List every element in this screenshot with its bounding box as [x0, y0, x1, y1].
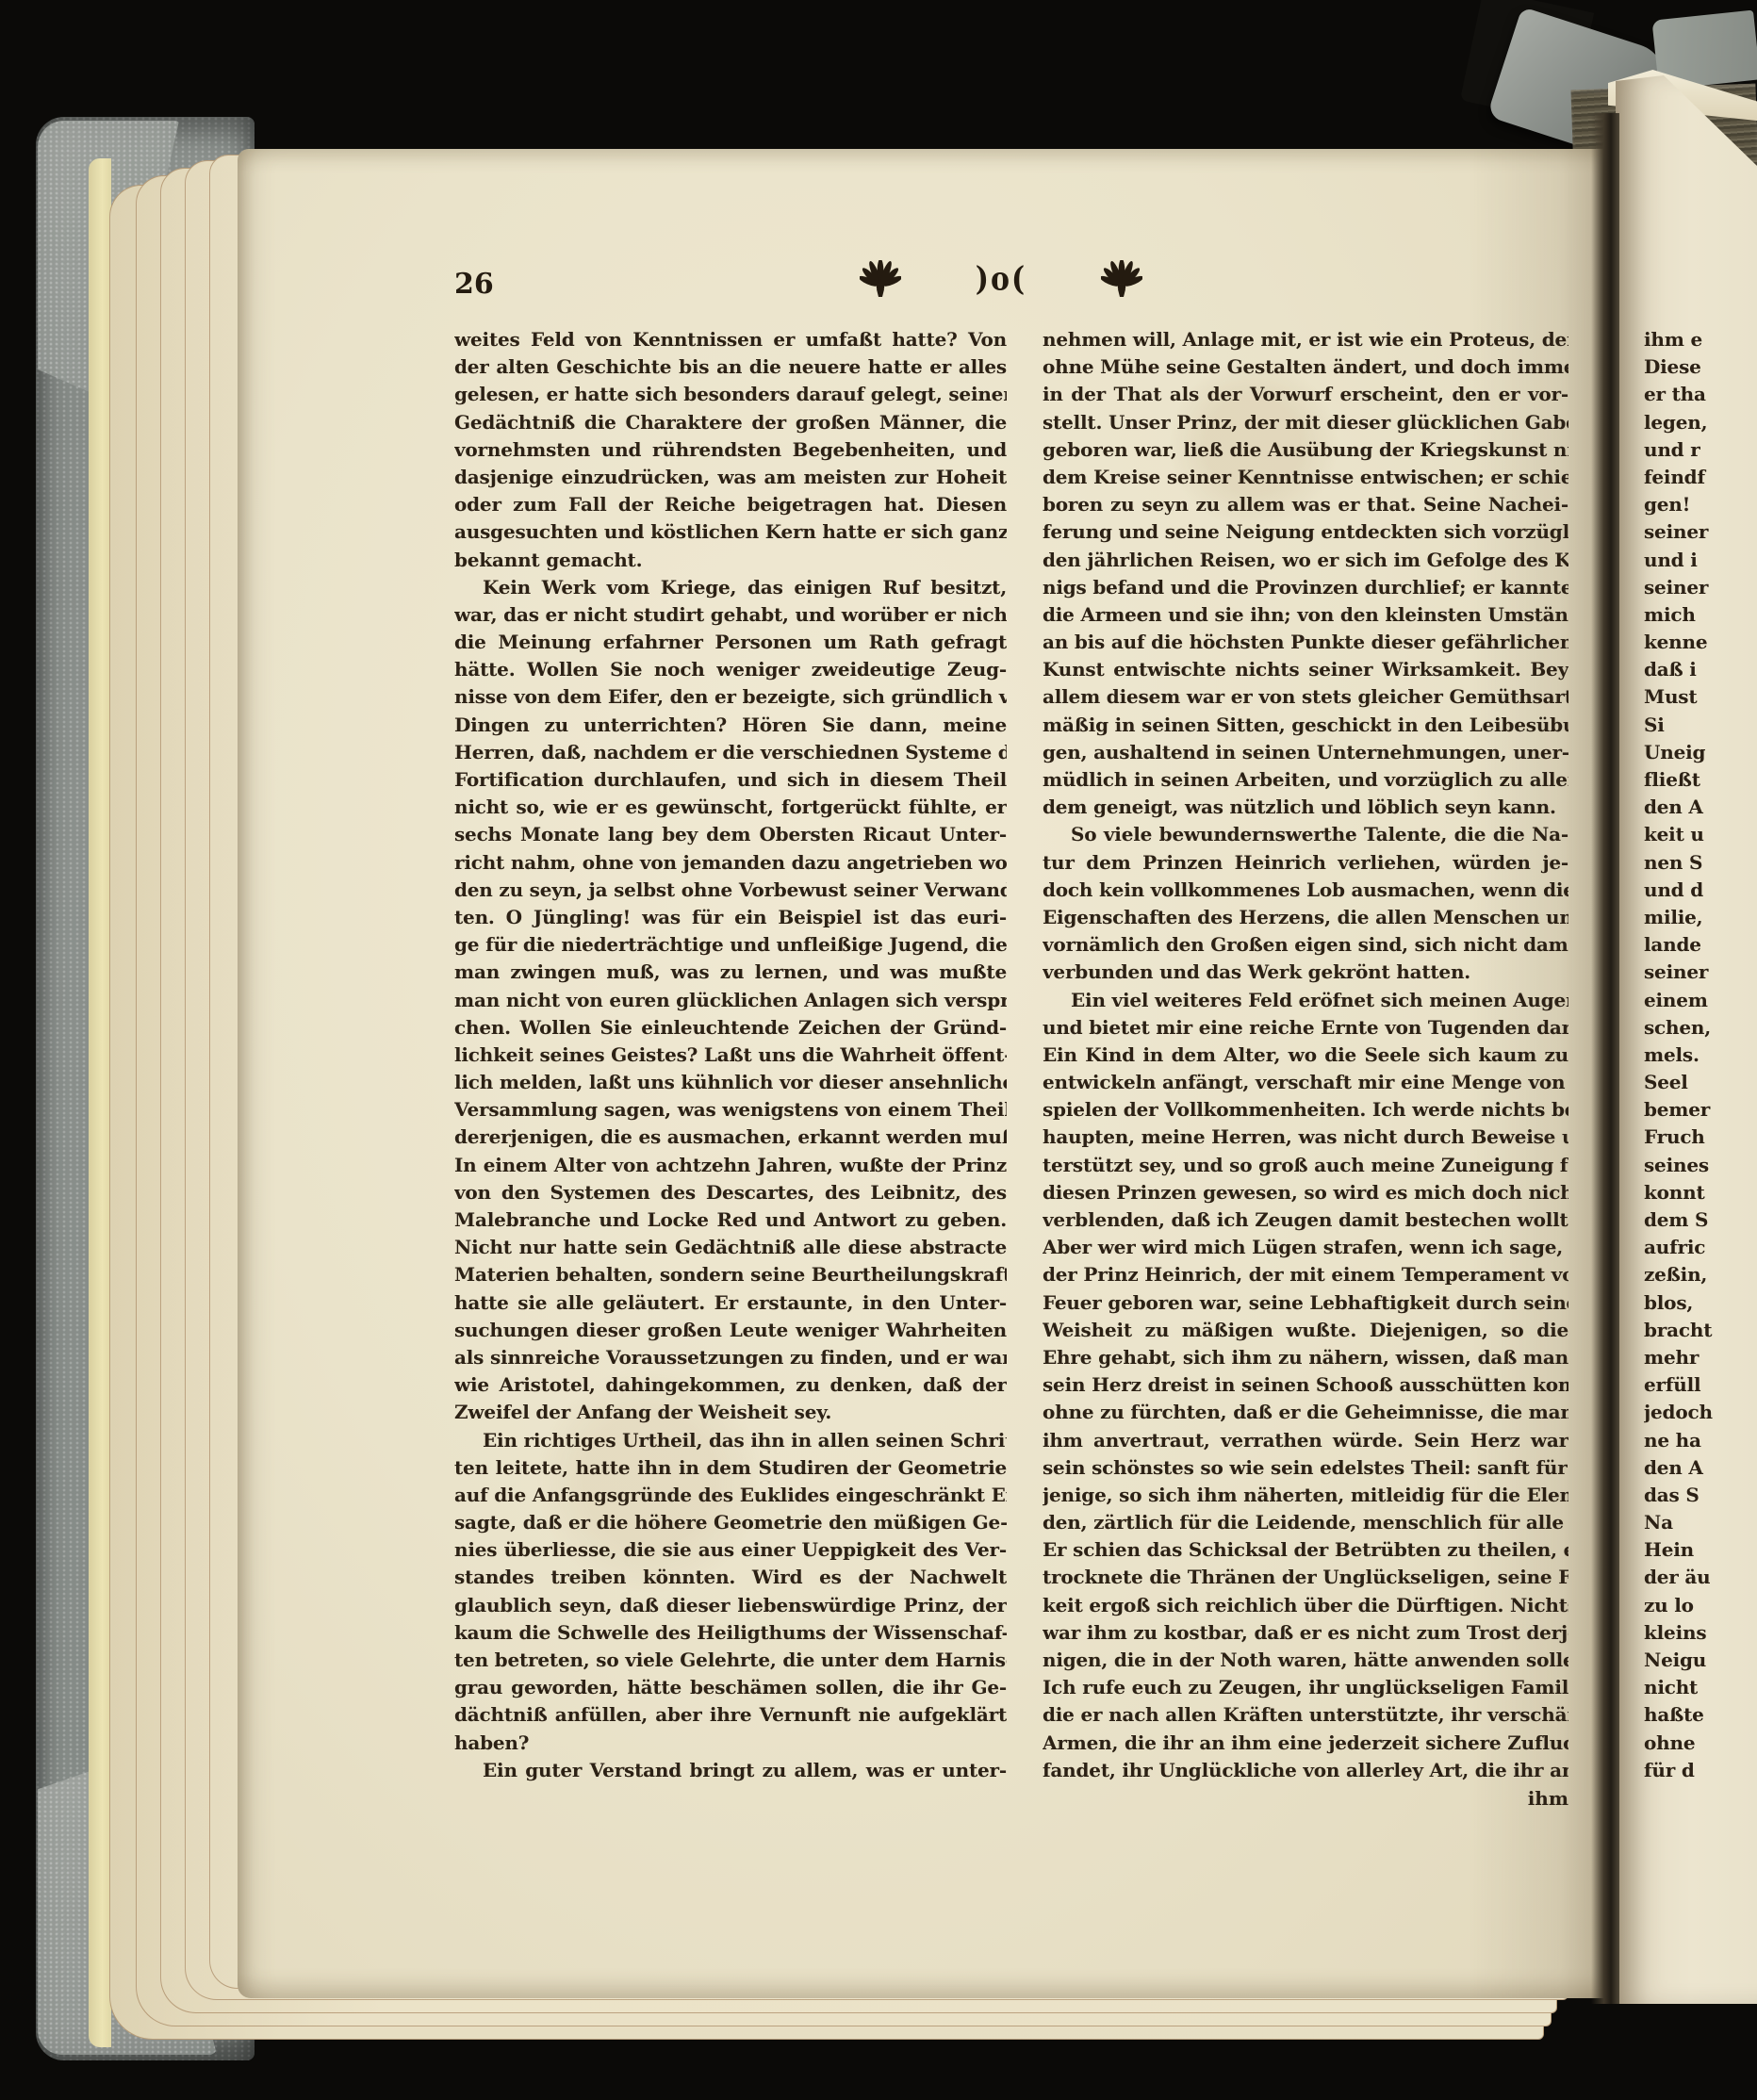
next-page-text-fragment: ihm eDieseer thalegen,und rfeindfgen!sei…: [1644, 326, 1748, 1784]
text-line: Eigenschaften des Herzens, die allen Men…: [1043, 904, 1568, 931]
text-line: nies überliesse, die sie aus einer Ueppi…: [454, 1536, 1007, 1564]
text-line: haupten, meine Herren, was nicht durch B…: [1043, 1124, 1568, 1151]
text-line: hätte. Wollen Sie noch weniger zweideuti…: [454, 656, 1007, 683]
text-line-fragment: er tha: [1644, 381, 1748, 408]
text-line: dem Kreise seiner Kenntnisse entwischen;…: [1043, 464, 1568, 491]
text-line: weites Feld von Kenntnissen er umfaßt ha…: [454, 326, 1007, 353]
text-line: Kunst entwischte nichts seiner Wirksamke…: [1043, 656, 1568, 683]
text-line: tur dem Prinzen Heinrich verliehen, würd…: [1043, 849, 1568, 877]
text-line: oder zum Fall der Reiche beigetragen hat…: [454, 491, 1007, 518]
text-line-fragment: Seel: [1644, 1069, 1748, 1096]
text-line: richt nahm, ohne von jemanden dazu anget…: [454, 849, 1007, 877]
text-line: dasjenige einzudrücken, was am meisten z…: [454, 464, 1007, 491]
text-line: verblenden, daß ich Zeugen damit bestech…: [1043, 1206, 1568, 1234]
text-line: nigs befand und die Provinzen durchlief;…: [1043, 574, 1568, 601]
text-line-fragment: und r: [1644, 436, 1748, 464]
text-line: nigen, die in der Noth waren, hätte anwe…: [1043, 1647, 1568, 1674]
text-line-fragment: kenne: [1644, 629, 1748, 656]
text-line-fragment: für d: [1644, 1757, 1748, 1784]
text-column-right: nehmen will, Anlage mit, er ist wie ein …: [1043, 326, 1568, 1784]
text-line: war, das er nicht studirt gehabt, und wo…: [454, 601, 1007, 629]
text-line-fragment: den A: [1644, 1454, 1748, 1482]
text-line: als sinnreiche Voraussetzungen zu finden…: [454, 1344, 1007, 1371]
text-line: in der That als der Vorwurf erscheint, d…: [1043, 381, 1568, 408]
text-line: der Prinz Heinrich, der mit einem Temper…: [1043, 1261, 1568, 1288]
endpaper-edge: [89, 158, 111, 2047]
text-line: allem diesem war er von stets gleicher G…: [1043, 683, 1568, 711]
text-line: ten. O Jüngling! was für ein Beispiel is…: [454, 904, 1007, 931]
text-line: jenige, so sich ihm näherten, mitleidig …: [1043, 1482, 1568, 1509]
text-line: Materien behalten, sondern seine Beurthe…: [454, 1261, 1007, 1288]
text-line: Dingen zu unterrichten? Hören Sie dann, …: [454, 712, 1007, 739]
text-line: haben?: [454, 1730, 1007, 1757]
text-line-fragment: keit u: [1644, 821, 1748, 848]
text-line-fragment: daß i: [1644, 656, 1748, 683]
text-line: gen, aushaltend in seinen Unternehmungen…: [1043, 739, 1568, 766]
text-line: man zwingen muß, was zu lernen, und was …: [454, 959, 1007, 986]
text-line: Armen, die ihr an ihm eine jederzeit sic…: [1043, 1730, 1568, 1757]
catchword: ihm: [1043, 1787, 1568, 1810]
text-line-fragment: zu lo: [1644, 1592, 1748, 1619]
text-line-fragment: kleins: [1644, 1619, 1748, 1647]
text-line: terstützt sey, und so groß auch meine Zu…: [1043, 1152, 1568, 1179]
text-line: In einem Alter von achtzehn Jahren, wußt…: [454, 1152, 1007, 1179]
gutter-shadow: [1591, 113, 1619, 2004]
text-line-fragment: und i: [1644, 547, 1748, 574]
text-line: spielen der Vollkommenheiten. Ich werde …: [1043, 1096, 1568, 1124]
text-line: Ein Kind in dem Alter, wo die Seele sich…: [1043, 1042, 1568, 1069]
text-line: Kein Werk vom Kriege, das einigen Ruf be…: [454, 574, 1007, 601]
text-line: chen. Wollen Sie einleuchtende Zeichen d…: [454, 1014, 1007, 1042]
text-line: trocknete die Thränen der Unglückseligen…: [1043, 1564, 1568, 1591]
text-line-fragment: mich: [1644, 601, 1748, 629]
text-line-fragment: ohne: [1644, 1730, 1748, 1757]
text-line: keit ergoß sich reichlich über die Dürft…: [1043, 1592, 1568, 1619]
header-ornament-row: )o(: [860, 260, 1142, 298]
text-line-fragment: fließt: [1644, 766, 1748, 794]
book-scan-scene: ihm eDieseer thalegen,und rfeindfgen!sei…: [0, 0, 1757, 2100]
text-line: auf die Anfangsgründe des Euklides einge…: [454, 1482, 1007, 1509]
text-line: vornehmsten und rührendsten Begebenheite…: [454, 436, 1007, 464]
text-line: Ehre gehabt, sich ihm zu nähern, wissen,…: [1043, 1344, 1568, 1371]
text-line: der alten Geschichte bis an die neuere h…: [454, 353, 1007, 381]
page-number: 26: [454, 268, 494, 301]
text-line-fragment: Must: [1644, 683, 1748, 711]
text-line: nehmen will, Anlage mit, er ist wie ein …: [1043, 326, 1568, 353]
text-line: Aber wer wird mich Lügen strafen, wenn i…: [1043, 1234, 1568, 1261]
text-line: Ein guter Verstand bringt zu allem, was …: [454, 1757, 1007, 1784]
text-line: Zweifel der Anfang der Weisheit sey.: [454, 1399, 1007, 1426]
text-line: ausgesuchten und köstlichen Kern hatte e…: [454, 518, 1007, 546]
text-line: Versammlung sagen, was wenigstens von ei…: [454, 1096, 1007, 1124]
header-signature-mark: )o(: [976, 260, 1026, 298]
text-line: Weisheit zu mäßigen wußte. Diejenigen, s…: [1043, 1317, 1568, 1344]
text-line-fragment: erfüll: [1644, 1371, 1748, 1399]
text-line-fragment: Si: [1644, 712, 1748, 739]
text-line-fragment: seiner: [1644, 518, 1748, 546]
text-line: nicht so, wie er es gewünscht, fortgerüc…: [454, 794, 1007, 821]
text-line-fragment: ne ha: [1644, 1427, 1748, 1454]
text-line: geboren war, ließ die Ausübung der Krieg…: [1043, 436, 1568, 464]
text-line: ohne zu fürchten, daß er die Geheimnisse…: [1043, 1399, 1568, 1426]
text-line: hatte sie alle geläutert. Er erstaunte, …: [454, 1289, 1007, 1317]
text-line-fragment: feindf: [1644, 464, 1748, 491]
text-line: sechs Monate lang bey dem Obersten Ricau…: [454, 821, 1007, 848]
text-line: lichkeit seines Geistes? Laßt uns die Wa…: [454, 1042, 1007, 1069]
text-line: ge für die niederträchtige und unfleißig…: [454, 931, 1007, 959]
text-line: ohne Mühe seine Gestalten ändert, und do…: [1043, 353, 1568, 381]
text-line: die er nach allen Kräften unterstützte, …: [1043, 1701, 1568, 1729]
text-line-fragment: Neigu: [1644, 1647, 1748, 1674]
text-line: doch kein vollkommenes Lob ausmachen, we…: [1043, 877, 1568, 904]
text-line: So viele bewundernswerthe Talente, die d…: [1043, 821, 1568, 848]
text-line-fragment: aufric: [1644, 1234, 1748, 1261]
text-line: sein schönstes so wie sein edelstes Thei…: [1043, 1454, 1568, 1482]
text-line: kaum die Schwelle des Heiligthums der Wi…: [454, 1619, 1007, 1647]
text-column-left: weites Feld von Kenntnissen er umfaßt ha…: [454, 326, 1007, 1784]
text-line: diesen Prinzen gewesen, so wird es mich …: [1043, 1179, 1568, 1206]
text-line: Er schien das Schicksal der Betrübten zu…: [1043, 1536, 1568, 1564]
text-line: ihm anvertraut, verrathen würde. Sein He…: [1043, 1427, 1568, 1454]
text-line: man nicht von euren glücklichen Anlagen …: [454, 987, 1007, 1014]
text-line: Feuer geboren war, seine Lebhaftigkeit d…: [1043, 1289, 1568, 1317]
text-line-fragment: jedoch: [1644, 1399, 1748, 1426]
text-line: boren zu seyn zu allem was er that. Sein…: [1043, 491, 1568, 518]
text-line-fragment: einem: [1644, 987, 1748, 1014]
text-line-fragment: bemer: [1644, 1096, 1748, 1124]
text-line: lich melden, laßt uns kühnlich vor diese…: [454, 1069, 1007, 1096]
text-line-fragment: haßte: [1644, 1701, 1748, 1729]
text-line: mäßig in seinen Sitten, geschickt in den…: [1043, 712, 1568, 739]
text-line: den zu seyn, ja selbst ohne Vorbewust se…: [454, 877, 1007, 904]
text-line: entwickeln anfängt, verschaft mir eine M…: [1043, 1069, 1568, 1096]
text-line: dem geneigt, was nützlich und löblich se…: [1043, 794, 1568, 821]
text-line-fragment: den A: [1644, 794, 1748, 821]
text-line: Gedächtniß die Charaktere der großen Män…: [454, 409, 1007, 436]
text-line: gelesen, er hatte sich besonders darauf …: [454, 381, 1007, 408]
text-line: die Armeen und sie ihn; von den kleinste…: [1043, 601, 1568, 629]
text-line-fragment: das S: [1644, 1482, 1748, 1509]
text-line-fragment: konnt: [1644, 1179, 1748, 1206]
text-line-fragment: Fruch: [1644, 1124, 1748, 1151]
text-line: bekannt gemacht.: [454, 547, 1007, 574]
text-line-fragment: der äu: [1644, 1564, 1748, 1591]
text-line: suchungen dieser großen Leute weniger Wa…: [454, 1317, 1007, 1344]
text-line: Ein richtiges Urtheil, das ihn in allen …: [454, 1427, 1007, 1454]
text-line-fragment: Hein: [1644, 1536, 1748, 1564]
text-line: war ihm zu kostbar, daß er es nicht zum …: [1043, 1619, 1568, 1647]
text-line: verbunden und das Werk gekrönt hatten.: [1043, 959, 1568, 986]
text-line: stellt. Unser Prinz, der mit dieser glüc…: [1043, 409, 1568, 436]
text-line: sagte, daß er die höhere Geometrie den m…: [454, 1509, 1007, 1536]
text-line-fragment: und d: [1644, 877, 1748, 904]
text-line-fragment: zeßin,: [1644, 1261, 1748, 1288]
text-line-fragment: milie,: [1644, 904, 1748, 931]
text-line-fragment: lande: [1644, 931, 1748, 959]
text-line-fragment: mehr: [1644, 1344, 1748, 1371]
text-line: sein Herz dreist in seinen Schooß aussch…: [1043, 1371, 1568, 1399]
text-line: und bietet mir eine reiche Ernte von Tug…: [1043, 1014, 1568, 1042]
text-line: die Meinung erfahrner Personen um Rath g…: [454, 629, 1007, 656]
text-line-fragment: legen,: [1644, 409, 1748, 436]
text-line: dererjenigen, die es ausmachen, erkannt …: [454, 1124, 1007, 1151]
text-line: Malebranche und Locke Red und Antwort zu…: [454, 1206, 1007, 1234]
text-line: müdlich in seinen Arbeiten, und vorzügli…: [1043, 766, 1568, 794]
text-line: Herren, daß, nachdem er die verschiednen…: [454, 739, 1007, 766]
text-line-fragment: nen S: [1644, 849, 1748, 877]
text-line-fragment: nicht: [1644, 1674, 1748, 1701]
text-line-fragment: dem S: [1644, 1206, 1748, 1234]
text-line: von den Systemen des Descartes, des Leib…: [454, 1179, 1007, 1206]
text-line-fragment: gen!: [1644, 491, 1748, 518]
text-line: ten leitete, hatte ihn in dem Studiren d…: [454, 1454, 1007, 1482]
shell-ornament-icon: [860, 260, 901, 298]
text-line-fragment: schen,: [1644, 1014, 1748, 1042]
text-line: nisse von dem Eifer, den er bezeigte, si…: [454, 683, 1007, 711]
text-line: fandet, ihr Unglückliche von allerley Ar…: [1043, 1757, 1568, 1784]
text-line: vornämlich den Großen eigen sind, sich n…: [1043, 931, 1568, 959]
text-line-fragment: seiner: [1644, 574, 1748, 601]
text-line: Fortification durchlaufen, und sich in d…: [454, 766, 1007, 794]
text-line: wie Aristotel, dahingekommen, zu denken,…: [454, 1371, 1007, 1399]
text-line: den, zärtlich für die Leidende, menschli…: [1043, 1509, 1568, 1536]
text-line: standes treiben könnten. Wird es der Nac…: [454, 1564, 1007, 1591]
text-line-fragment: blos,: [1644, 1289, 1748, 1317]
text-line: dächtniß anfüllen, aber ihre Vernunft ni…: [454, 1701, 1007, 1729]
text-line: Nicht nur hatte sein Gedächtniß alle die…: [454, 1234, 1007, 1261]
text-line: Ich rufe euch zu Zeugen, ihr unglückseli…: [1043, 1674, 1568, 1701]
text-line-fragment: seines: [1644, 1152, 1748, 1179]
shell-ornament-icon: [1101, 260, 1142, 298]
text-line: den jährlichen Reisen, wo er sich im Gef…: [1043, 547, 1568, 574]
text-line-fragment: seiner: [1644, 959, 1748, 986]
text-line: an bis auf die höchsten Punkte dieser ge…: [1043, 629, 1568, 656]
text-line: ten betreten, so viele Gelehrte, die unt…: [454, 1647, 1007, 1674]
text-line-fragment: Diese: [1644, 353, 1748, 381]
text-line-fragment: bracht: [1644, 1317, 1748, 1344]
text-line: grau geworden, hätte beschämen sollen, d…: [454, 1674, 1007, 1701]
text-line-fragment: Na: [1644, 1509, 1748, 1536]
text-line-fragment: ihm e: [1644, 326, 1748, 353]
text-line: glaublich seyn, daß dieser liebenswürdig…: [454, 1592, 1007, 1619]
text-line: ferung und seine Neigung entdeckten sich…: [1043, 518, 1568, 546]
text-line-fragment: mels.: [1644, 1042, 1748, 1069]
text-line: Ein viel weiteres Feld eröfnet sich mein…: [1043, 987, 1568, 1014]
text-line-fragment: Uneig: [1644, 739, 1748, 766]
